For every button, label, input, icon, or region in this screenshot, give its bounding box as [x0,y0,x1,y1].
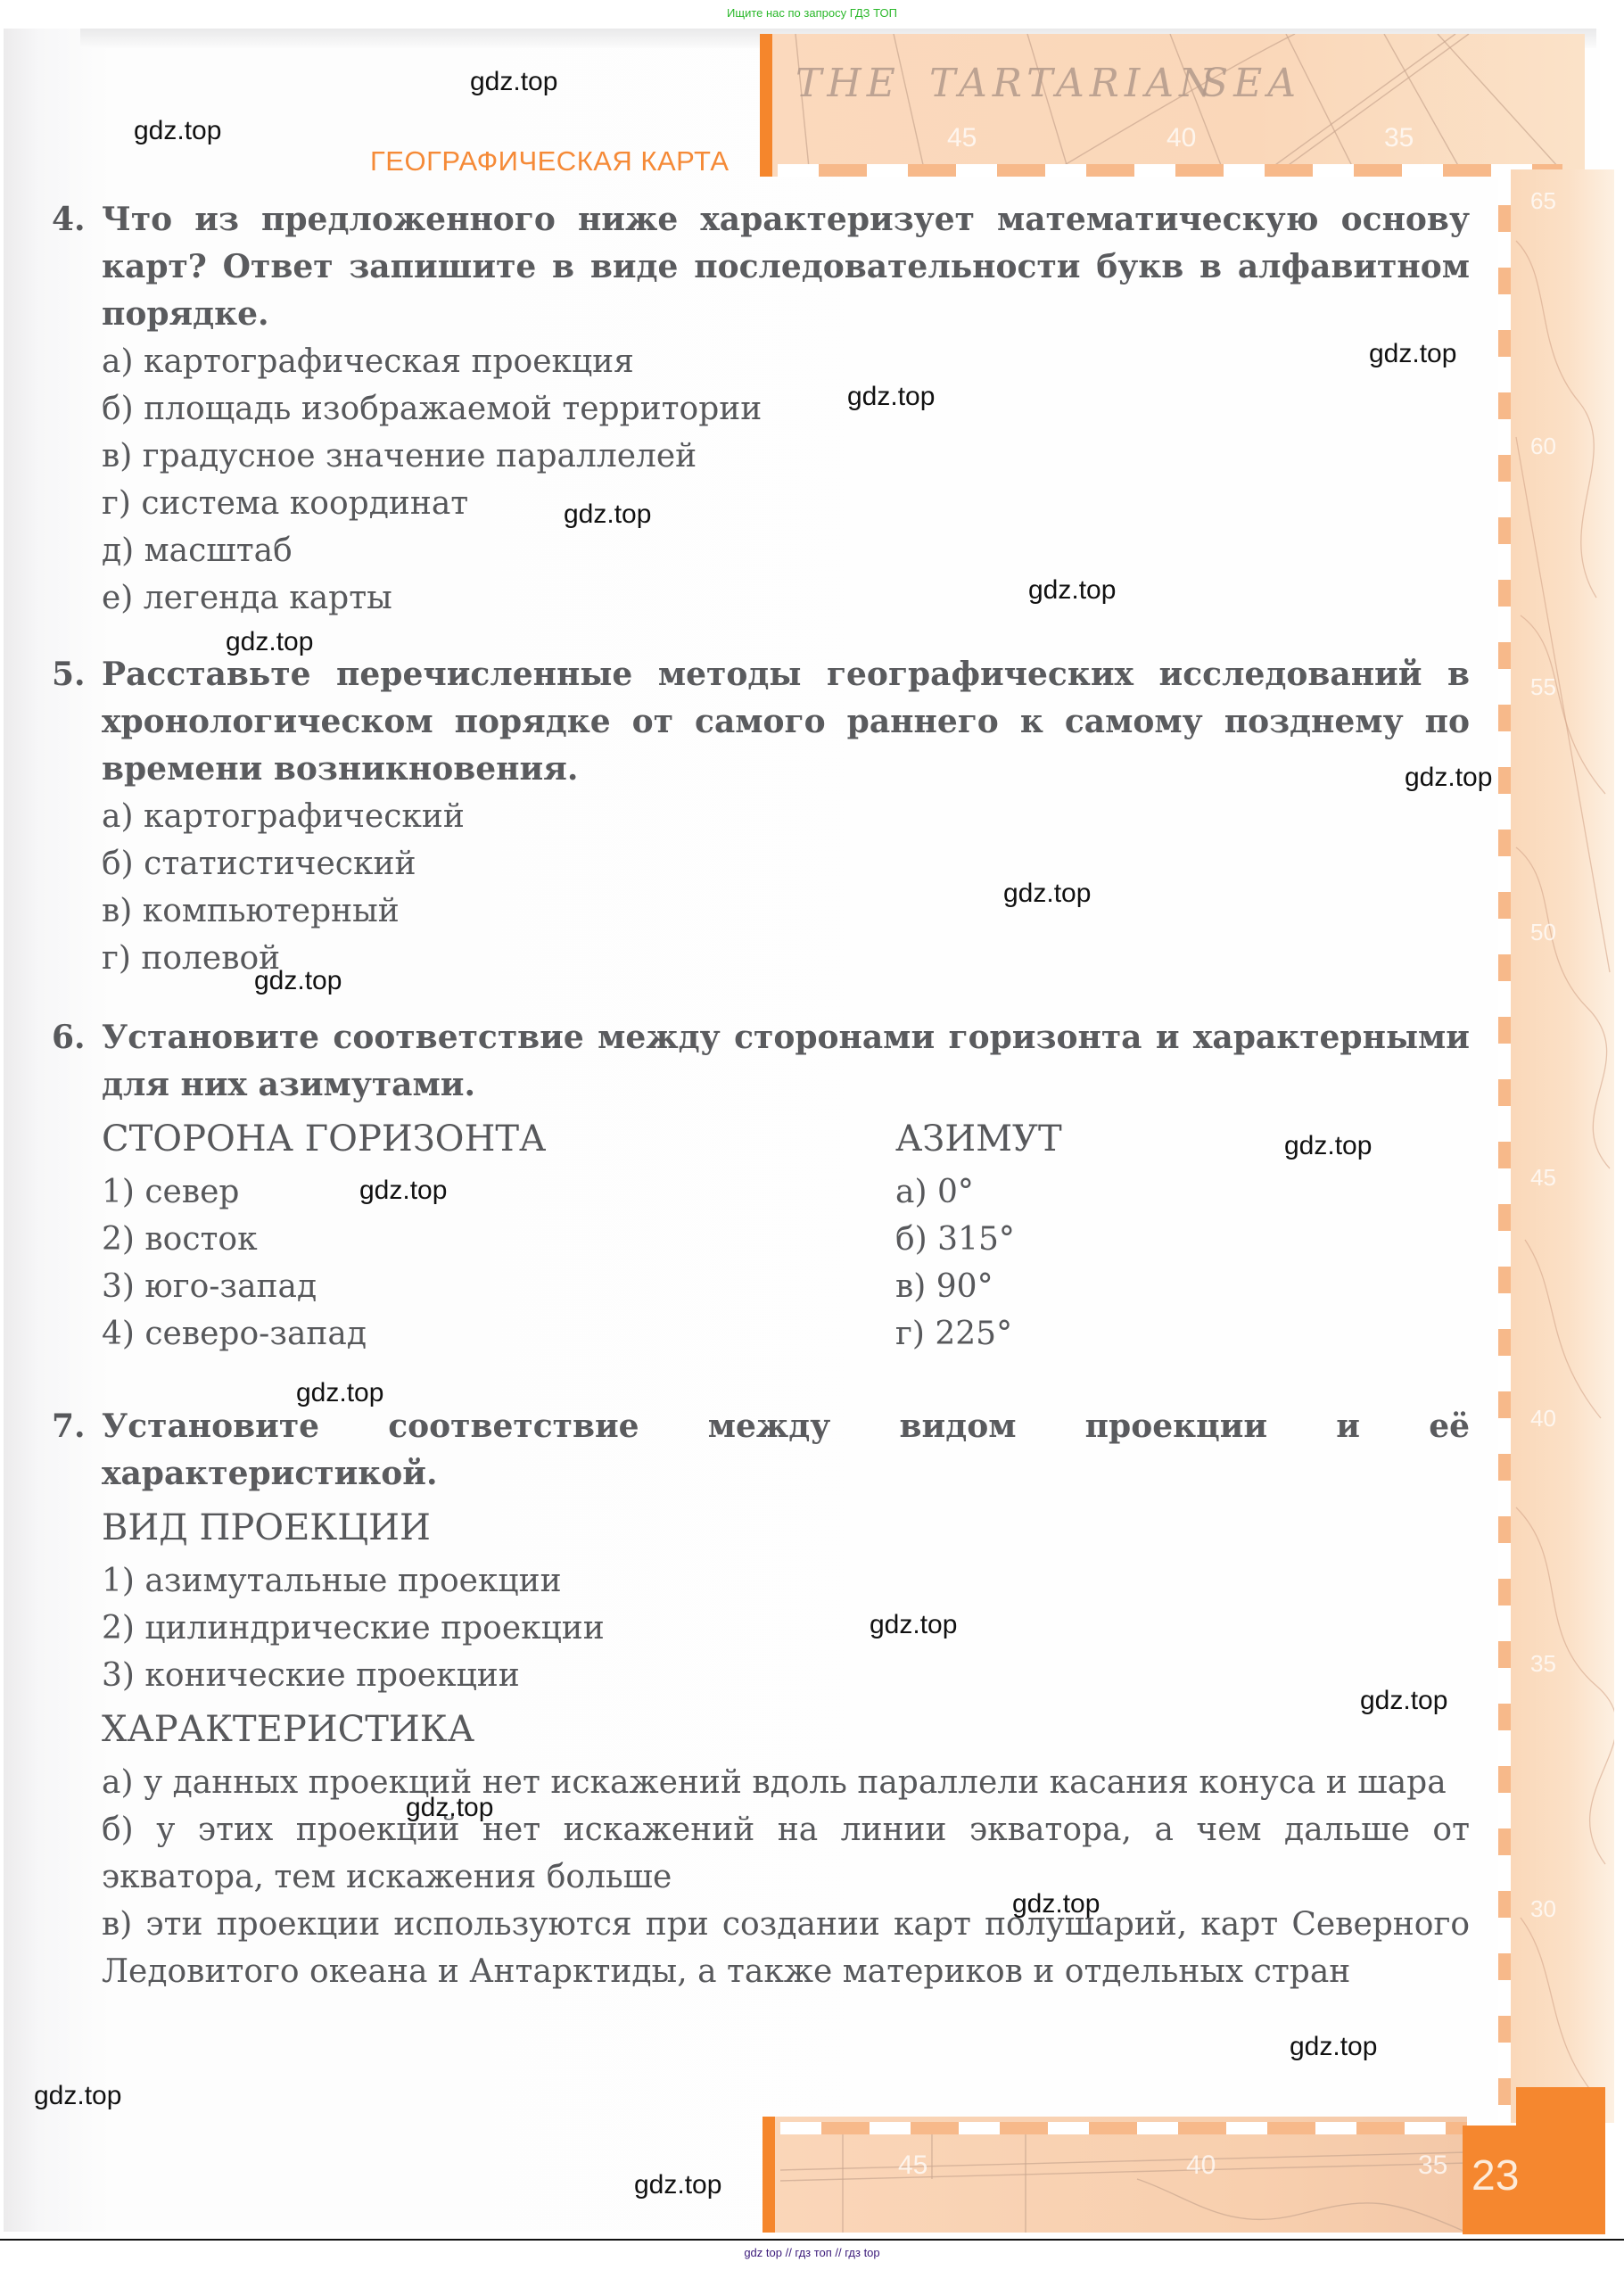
option-a: а) картографический [102,793,1470,840]
watermark: gdz.top [406,1793,493,1823]
watermark: gdz.top [359,1176,447,1206]
projection-item: 1) азимутальные проекции [102,1557,1470,1605]
characteristic-item: б) у этих проекций нет искажений на лини… [102,1806,1470,1901]
question-number: 7. [52,1403,86,1450]
watermark: gdz.top [564,499,651,530]
projection-type-header: ВИД ПРОЕКЦИИ [102,1505,1470,1552]
question-number: 4. [52,196,86,244]
watermark: gdz.top [1405,763,1492,793]
column-header: СТОРОНА ГОРИЗОНТА [102,1116,895,1163]
azimuth-column: АЗИМУТ а) 0° б) 315° в) 90° г) 225° [895,1109,1470,1358]
horizon-side-item: 2) восток [102,1216,895,1263]
question-stem: Расставьте перечисленные методы географи… [102,651,1470,793]
azimuth-item: в) 90° [895,1263,1470,1310]
option-c: в) компьютерный [102,887,1470,935]
latitude-label: 50 [1530,919,1556,946]
azimuth-item: б) 315° [895,1216,1470,1263]
option-e: д) масштаб [102,527,1470,574]
horizon-side-item: 4) северо-запад [102,1310,895,1358]
watermark: gdz.top [34,2081,121,2111]
right-map-strip: 65 60 55 50 45 40 35 30 [1498,169,1614,2123]
longitude-label: 40 [1166,123,1196,153]
watermark: gdz.top [296,1378,383,1408]
watermark: gdz.top [1369,339,1456,369]
option-b: б) площадь изображаемой территории [102,385,1470,433]
longitude-label: 40 [1186,2150,1216,2181]
projection-item: 2) цилиндрические проекции [102,1605,1470,1652]
characteristic-item: в) эти проекции используются при создани… [102,1901,1470,1995]
watermark: gdz.top [226,627,313,657]
question-stem: Установите соответствие между видом прое… [102,1403,1470,1498]
latitude-label: 35 [1530,1650,1556,1678]
latitude-label: 55 [1530,673,1556,701]
longitude-label: 45 [898,2150,927,2181]
watermark: gdz.top [1290,2032,1377,2062]
matching-table: СТОРОНА ГОРИЗОНТА 1) север 2) восток 3) … [102,1109,1470,1358]
map-word-tartarian: TARTARIAN [929,61,1219,106]
watermark: gdz.top [634,2170,721,2200]
longitude-label: 35 [1384,123,1414,153]
question-number: 6. [52,1014,86,1061]
characteristic-header: ХАРАКТЕРИСТИКА [102,1706,1470,1754]
latitude-label: 60 [1530,433,1556,460]
footer-divider [0,2239,1624,2241]
column-header: АЗИМУТ [895,1116,1470,1163]
map-grid-lines-icon [763,2117,1467,2233]
question-number: 5. [52,651,86,698]
latitude-label: 30 [1530,1895,1556,1923]
option-d: г) система координат [102,480,1470,527]
characteristic-item: а) у данных проекций нет искажений вдоль… [102,1759,1470,1806]
question-stem: Что из предложенного ниже характеризует … [102,196,1470,338]
question-5: 5. Расставьте перечисленные методы геогр… [52,651,1470,982]
watermark: gdz.top [254,966,342,996]
watermark: gdz.top [134,116,221,146]
map-coastline-icon [1498,169,1614,2123]
bottom-map-strip: 45 40 35 [763,2117,1467,2233]
watermark: gdz.top [1028,575,1116,606]
option-c: в) градусное значение параллелей [102,433,1470,480]
azimuth-item: а) 0° [895,1168,1470,1216]
longitude-label: 45 [947,123,977,153]
option-f: е) легенда карты [102,574,1470,622]
map-word-the: THE [796,61,901,106]
horizon-side-item: 1) север [102,1168,895,1216]
projection-item: 3) конические проекции [102,1652,1470,1699]
watermark: gdz.top [870,1610,957,1640]
map-header-decoration: THE TARTARIAN SEA 45 40 35 [760,34,1585,177]
watermark: gdz.top [1360,1686,1447,1716]
question-7: 7. Установите соответствие между видом п… [52,1403,1470,1995]
watermark: gdz.top [847,382,935,412]
watermark: gdz.top [1003,879,1091,909]
section-title: ГЕОГРАФИЧЕСКАЯ КАРТА [370,145,730,177]
azimuth-item: г) 225° [895,1310,1470,1358]
question-stem: Установите соответствие между сторонами … [102,1014,1470,1109]
footer-text: gdz top // гдз топ // гдз top [0,2246,1624,2259]
page-number-tab [1516,2087,1605,2127]
page-number: 23 [1471,2151,1525,2200]
longitude-label: 35 [1418,2150,1447,2181]
option-b: б) статистический [102,840,1470,887]
latitude-label: 40 [1530,1405,1556,1432]
latitude-label: 45 [1530,1164,1556,1192]
latitude-label: 65 [1530,187,1556,215]
watermark: gdz.top [1012,1889,1100,1919]
scale-bar-dashes [778,164,1562,177]
option-a: а) картографическая проекция [102,338,1470,385]
watermark: gdz.top [470,67,557,97]
map-word-sea: SEA [1201,61,1301,106]
horizon-side-item: 3) юго-запад [102,1263,895,1310]
top-banner: Ищите нас по запросу ГДЗ ТОП [0,0,1624,27]
question-6: 6. Установите соответствие между сторона… [52,1014,1470,1358]
question-4: 4. Что из предложенного ниже характеризу… [52,196,1470,622]
watermark: gdz.top [1284,1131,1372,1161]
horizon-sides-column: СТОРОНА ГОРИЗОНТА 1) север 2) восток 3) … [102,1109,895,1358]
